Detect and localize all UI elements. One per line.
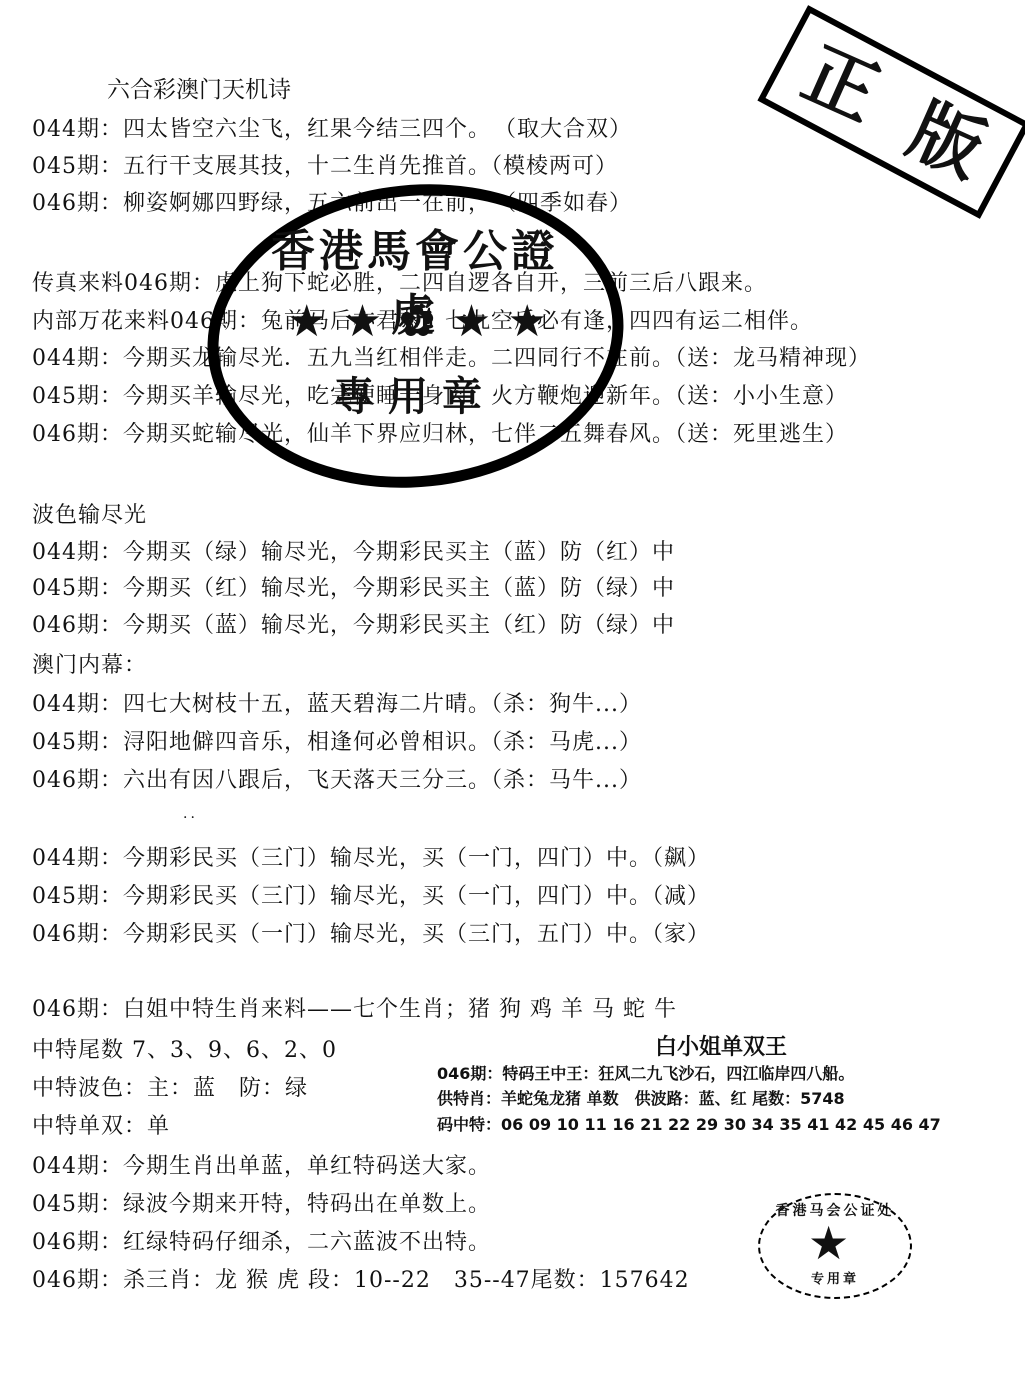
- row-note: （送：龙马精神现）: [675, 346, 871, 371]
- poem-note: （取大合双）: [505, 117, 632, 142]
- poem-text: 四太皆空六尘飞，红果今结三四个。: [123, 117, 491, 142]
- poem-row: 045期：五行干支展其技，十二生肖先推首。（模棱两可）: [32, 153, 618, 181]
- final-row: 044期：今期生肖出单蓝，单红特码送大家。: [32, 1153, 491, 1181]
- wave-row: 045期：今期买（红）输尽光，今期彩民买主（蓝）防（绿）中: [32, 575, 675, 603]
- row-note: （送：小小生意）: [675, 384, 848, 409]
- wave-heading: 波色输尽光: [32, 502, 147, 530]
- period-label: 045期：: [32, 384, 123, 409]
- final-row: 046期：杀三肖：龙 猴 虎 段：10--22 35--47尾数：157642: [32, 1267, 690, 1295]
- star-icon: ★: [287, 300, 326, 344]
- small-seal-bottom-text: 专用章: [790, 1268, 880, 1287]
- star-icon: ★: [452, 300, 491, 344]
- stamp-char: 版: [899, 93, 994, 188]
- period-label: 045期：: [32, 154, 123, 179]
- poem-text: 五行干支展其技，十二生肖先推首。: [123, 154, 491, 179]
- period-label: 044期：: [32, 346, 123, 371]
- star-icon: ★: [508, 300, 547, 344]
- doors-row: 044期：今期彩民买（三门）输尽光，买（一门，四门）中。（飙）: [32, 845, 710, 873]
- doors-row: 046期：今期彩民买（一门）输尽光，买（三门，五门）中。（家）: [32, 921, 710, 949]
- zhengban-stamp: 正 版: [757, 5, 1025, 219]
- bai-box-line: 供特肖：羊蛇兔龙猪 单数 供波路：蓝、红 尾数：5748: [437, 1088, 845, 1110]
- period-label: 046期：: [32, 191, 123, 216]
- macau-row: 045期：浔阳地僻四音乐，相逢何必曾相识。（杀：马虎...）: [32, 729, 642, 757]
- bai-box-line: 码中特：06 09 10 11 16 21 22 29 30 34 35 41 …: [437, 1114, 941, 1136]
- flower-icon: ✿: [399, 300, 436, 344]
- special-zodiac: 046期：白姐中特生肖来料——七个生肖；猪 狗 鸡 羊 马 蛇 牛: [32, 996, 677, 1024]
- page-title: 六合彩澳门天机诗: [107, 75, 291, 105]
- doors-row: 045期：今期彩民买（三门）输尽光，买（一门，四门）中。（减）: [32, 883, 710, 911]
- dots-mark: ··: [183, 810, 198, 826]
- wave-row: 044期：今期买（绿）输尽光，今期彩民买主（蓝）防（红）中: [32, 539, 675, 567]
- macau-row: 044期：四七大树枝十五，蓝天碧海二片晴。（杀：狗牛...）: [32, 691, 642, 719]
- period-label: 046期：: [32, 422, 123, 447]
- bai-box-line: 046期：特码王中王：狂风二九飞沙石，四江临岸四八船。: [437, 1063, 854, 1085]
- final-row: 046期：红绿特码仔细杀，二六蓝波不出特。: [32, 1229, 491, 1257]
- poem-note: （模棱两可）: [491, 154, 618, 179]
- special-tail: 中特尾数 7、3、9、6、2、0: [32, 1037, 337, 1065]
- star-icon: ★: [343, 300, 382, 344]
- star-icon: ★: [808, 1220, 849, 1266]
- row-note: （送：死里逃生）: [675, 422, 848, 447]
- special-wave: 中特波色：主：蓝 防：绿: [32, 1075, 308, 1103]
- stamp-char: 正: [793, 36, 888, 131]
- poem-row: 044期：四太皆空六尘飞，红果今结三四个。（取大合双）: [32, 116, 632, 144]
- bai-box-title: 白小姐单双王: [655, 1030, 787, 1061]
- big-seal-bottom-text: 專用章: [330, 365, 500, 422]
- big-seal-stars: ★ ★ ✿ ★ ★: [287, 300, 547, 344]
- final-row: 045期：绿波今期来开特，特码出在单数上。: [32, 1191, 491, 1219]
- period-label: 044期：: [32, 117, 123, 142]
- special-odd-even: 中特单双：单: [32, 1113, 170, 1141]
- wave-row: 046期：今期买（蓝）输尽光，今期彩民买主（红）防（绿）中: [32, 612, 675, 640]
- macau-row: 046期：六出有因八跟后，飞天落天三分三。（杀：马牛...）: [32, 767, 642, 795]
- macau-heading: 澳门内幕：: [32, 652, 147, 680]
